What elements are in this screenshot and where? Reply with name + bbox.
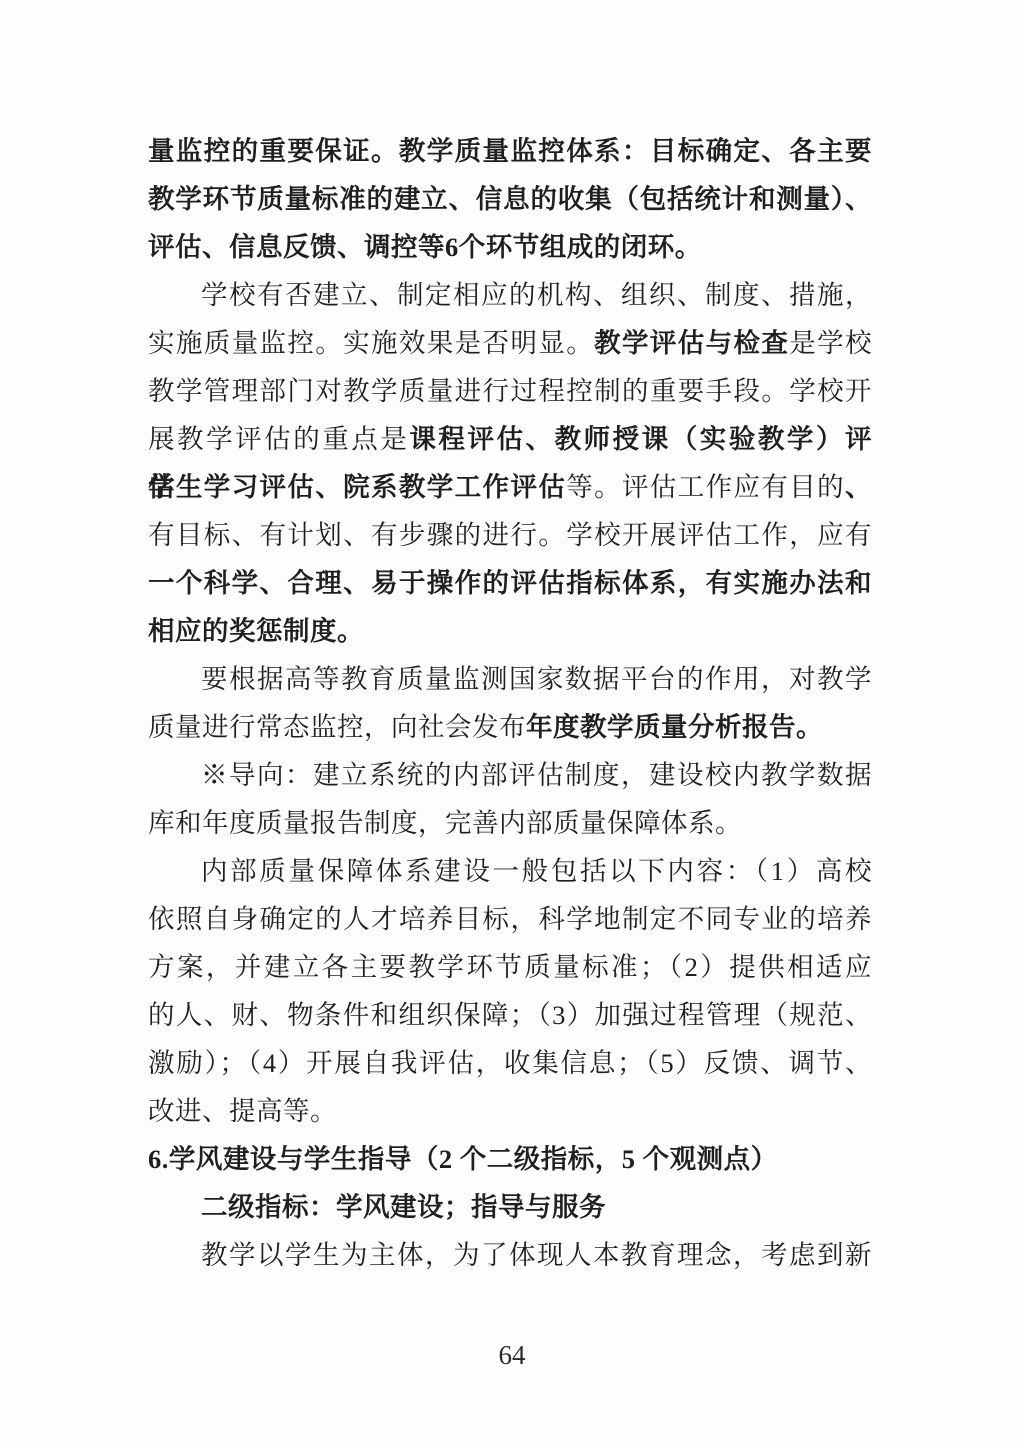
text-line: 相应的奖惩制度。 bbox=[148, 607, 872, 655]
text-segment: 教学以学生为主体，为了体现人本教育理念，考虑到新 bbox=[201, 1240, 872, 1270]
text-line: 6.学风建设与学生指导（2 个二级指标，5 个观测点） bbox=[148, 1135, 872, 1183]
text-line: ※导向：建立系统的内部评估制度，建设校内教学数据 bbox=[148, 751, 872, 799]
text-line: 展教学评估的重点是课程评估、教师授课（实验教学）评估、 bbox=[148, 415, 872, 463]
bold-text-segment: 教学评估与检查 bbox=[594, 328, 789, 358]
text-segment: 教学管理部门对教学质量进行过程控制的重要手段。学校开 bbox=[148, 376, 872, 406]
text-line: 教学环节质量标准的建立、信息的收集（包括统计和测量）、 bbox=[148, 175, 872, 223]
text-segment: 的人、财、物条件和组织保障；（3）加强过程管理（规范、 bbox=[148, 1000, 872, 1030]
text-line: 一个科学、合理、易于操作的评估指标体系，有实施办法和 bbox=[148, 559, 872, 607]
bold-text-segment: 量监控的重要保证。教学质量监控体系：目标确定、各主要 bbox=[148, 136, 872, 166]
text-segment: 依照自身确定的人才培养目标，科学地制定不同专业的培养 bbox=[148, 904, 872, 934]
text-line: 教学管理部门对教学质量进行过程控制的重要手段。学校开 bbox=[148, 367, 872, 415]
bold-text-segment: 一个科学、合理、易于操作的评估指标体系，有实施办法和 bbox=[148, 568, 872, 598]
text-line: 量监控的重要保证。教学质量监控体系：目标确定、各主要 bbox=[148, 127, 872, 175]
bold-text-segment: 相应的奖惩制度。 bbox=[148, 616, 364, 646]
document-page: 量监控的重要保证。教学质量监控体系：目标确定、各主要教学环节质量标准的建立、信息… bbox=[0, 0, 1024, 1448]
text-line: 库和年度质量报告制度，完善内部质量保障体系。 bbox=[148, 799, 872, 847]
text-segment: 改进、提高等。 bbox=[148, 1096, 337, 1126]
text-segment: ※导向：建立系统的内部评估制度，建设校内教学数据 bbox=[201, 760, 872, 790]
bold-text-segment: 年度教学质量分析报告。 bbox=[526, 712, 823, 742]
bold-text-segment: 二级指标：学风建设；指导与服务 bbox=[201, 1192, 606, 1222]
text-segment: 是学校 bbox=[789, 328, 872, 358]
text-line: 学校有否建立、制定相应的机构、组织、制度、措施， bbox=[148, 271, 872, 319]
text-segment: 方案，并建立各主要教学环节质量标准；（2）提供相适应 bbox=[148, 952, 872, 982]
bold-text-segment: 6.学风建设与学生指导（2 个二级指标，5 个观测点） bbox=[148, 1144, 778, 1174]
text-line: 评估、信息反馈、调控等6个环节组成的闭环。 bbox=[148, 223, 872, 271]
text-segment: 展教学评估的重点是 bbox=[148, 424, 409, 454]
text-segment: 库和年度质量报告制度，完善内部质量保障体系。 bbox=[148, 808, 742, 838]
text-line: 二级指标：学风建设；指导与服务 bbox=[148, 1183, 872, 1231]
text-line: 质量进行常态监控，向社会发布年度教学质量分析报告。 bbox=[148, 703, 872, 751]
text-segment: 激励）；（4）开展自我评估，收集信息；（5）反馈、调节、 bbox=[148, 1048, 872, 1078]
bold-text-segment: 教学环节质量标准的建立、信息的收集（包括统计和测量）、 bbox=[148, 184, 872, 214]
text-segment: 质量进行常态监控，向社会发布 bbox=[148, 712, 526, 742]
text-line: 方案，并建立各主要教学环节质量标准；（2）提供相适应 bbox=[148, 943, 872, 991]
text-segment: 等。评估工作应有目的、 bbox=[566, 472, 872, 502]
text-segment: 实施质量监控。实施效果是否明显。 bbox=[148, 328, 594, 358]
text-segment: 内部质量保障体系建设一般包括以下内容：（1）高校 bbox=[201, 856, 872, 886]
text-line: 学生学习评估、院系教学工作评估等。评估工作应有目的、 bbox=[148, 463, 872, 511]
bold-text-segment: 评估、信息反馈、调控等6个环节组成的闭环。 bbox=[148, 232, 702, 262]
text-line: 依照自身确定的人才培养目标，科学地制定不同专业的培养 bbox=[148, 895, 872, 943]
text-line: 实施质量监控。实施效果是否明显。教学评估与检查是学校 bbox=[148, 319, 872, 367]
text-line: 激励）；（4）开展自我评估，收集信息；（5）反馈、调节、 bbox=[148, 1039, 872, 1087]
text-line: 教学以学生为主体，为了体现人本教育理念，考虑到新 bbox=[148, 1231, 872, 1279]
text-line: 的人、财、物条件和组织保障；（3）加强过程管理（规范、 bbox=[148, 991, 872, 1039]
text-line: 内部质量保障体系建设一般包括以下内容：（1）高校 bbox=[148, 847, 872, 895]
page-number: 64 bbox=[0, 1340, 1024, 1371]
document-text-block: 量监控的重要保证。教学质量监控体系：目标确定、各主要教学环节质量标准的建立、信息… bbox=[148, 127, 872, 1279]
bold-text-segment: 学生学习评估、院系教学工作评估 bbox=[148, 472, 566, 502]
text-segment: 有目标、有计划、有步骤的进行。学校开展评估工作，应有 bbox=[148, 520, 872, 550]
text-line: 要根据高等教育质量监测国家数据平台的作用，对教学 bbox=[148, 655, 872, 703]
text-line: 改进、提高等。 bbox=[148, 1087, 872, 1135]
text-segment: 学校有否建立、制定相应的机构、组织、制度、措施， bbox=[201, 280, 872, 310]
text-segment: 要根据高等教育质量监测国家数据平台的作用，对教学 bbox=[201, 664, 872, 694]
text-line: 有目标、有计划、有步骤的进行。学校开展评估工作，应有 bbox=[148, 511, 872, 559]
